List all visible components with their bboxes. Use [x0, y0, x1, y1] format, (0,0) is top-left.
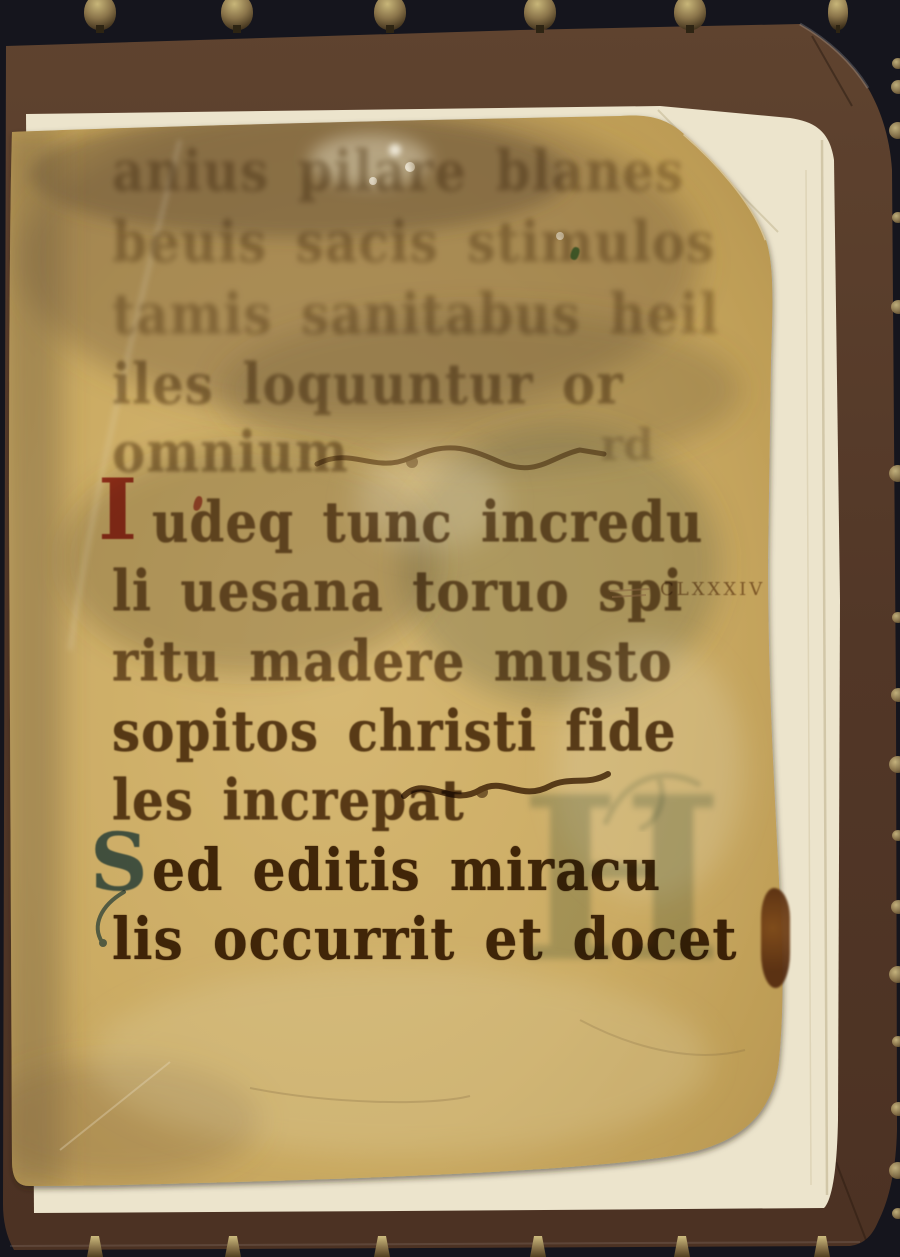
brass-stud [674, 0, 706, 30]
brass-stud [221, 0, 253, 30]
brass-stud [828, 0, 848, 30]
script-line: iles loquuntur or [112, 351, 624, 417]
script-line: li uesana toruo spi [112, 558, 683, 624]
folio-tie-mark [608, 586, 654, 600]
brass-rivet [892, 612, 900, 623]
brass-rivet [892, 212, 900, 223]
brass-rivet [892, 1036, 900, 1047]
script-line: beuis sacis stimulos [112, 209, 715, 275]
folio-number: CLXXXIV [660, 579, 765, 600]
brass-rivet [889, 756, 900, 773]
script-line: ritu madere musto [112, 628, 673, 694]
brass-rivet [892, 830, 900, 841]
blue-initial-tail [84, 888, 144, 948]
showthrough-fragment: rd [600, 420, 654, 471]
script-line: tamis sanitabus heil [112, 281, 719, 347]
brass-rivet [889, 1162, 900, 1179]
line-filler-flourish [312, 438, 612, 482]
script-line: udeq tunc incredu [152, 489, 703, 555]
showthrough-curl [598, 762, 708, 832]
red-initial-I: I [98, 468, 137, 552]
brass-rivet [892, 1208, 900, 1219]
leather-tab-stain [761, 888, 790, 988]
brass-stud [374, 0, 406, 30]
brass-stud [524, 0, 556, 30]
script-line: anius pilare blanes [112, 138, 684, 204]
brass-stud [84, 0, 116, 30]
brass-rivet [889, 966, 900, 983]
brass-rivet [892, 58, 900, 69]
brass-rivet [889, 465, 900, 482]
manuscript-photo: anius pilare blanes beuis sacis stimulos… [0, 0, 900, 1257]
brass-rivet [889, 122, 900, 139]
